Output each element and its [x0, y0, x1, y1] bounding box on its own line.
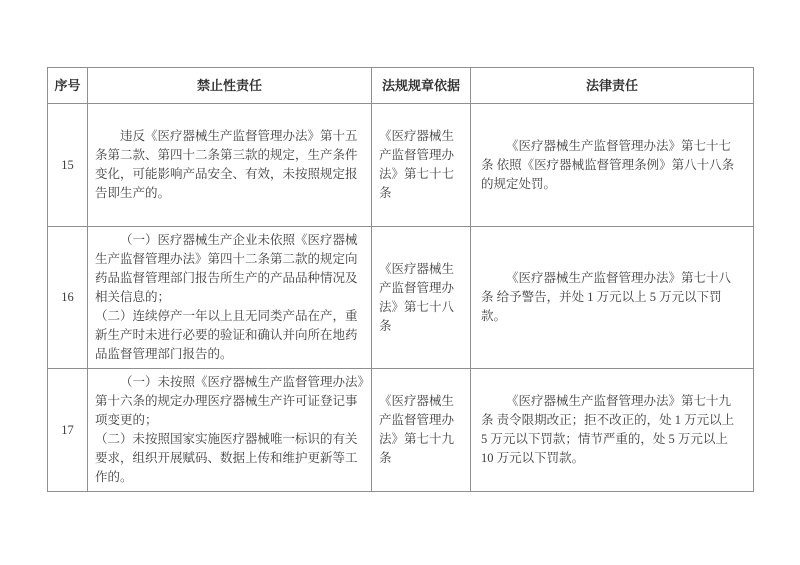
table-header-row: 序号 禁止性责任 法规规章依据 法律责任 — [48, 68, 754, 104]
table-row-17: 17 （一）未按照《医疗器械生产监督管理办法》第十六条的规定办理医疗器械生产许可… — [48, 369, 754, 492]
prohibition-paragraph-2: （二）连续停产一年以上且无同类产品在产，重新生产时未进行必要的验证和确认并向所在… — [95, 307, 364, 364]
liability-cell: 《医疗器械生产监督管理办法》第七十八条 给予警告，并处 1 万元以上 5 万元以… — [471, 227, 754, 369]
liability-paragraph: 《医疗器械生产监督管理办法》第七十七条 依照《医疗器械监督管理条例》第八十八条的… — [481, 137, 743, 194]
basis-cell: 《医疗器械生产监督管理办法》第七十八条 — [372, 227, 471, 369]
table-row-15: 15 违反《医疗器械生产监督管理办法》第十五条第二款、第四十二条第三款的规定，生… — [48, 104, 754, 227]
header-regulatory-basis: 法规规章依据 — [372, 68, 471, 104]
serial-cell: 15 — [48, 104, 88, 227]
liability-cell: 《医疗器械生产监督管理办法》第七十七条 依照《医疗器械监督管理条例》第八十八条的… — [471, 104, 754, 227]
prohibition-paragraph-2: （二）未按照国家实施医疗器械唯一标识的有关要求，组织开展赋码、数据上传和维护更新… — [95, 430, 364, 487]
basis-cell: 《医疗器械生产监督管理办法》第七十七条 — [372, 104, 471, 227]
serial-cell: 16 — [48, 227, 88, 369]
basis-text: 《医疗器械生产监督管理办法》第七十八条 — [379, 260, 463, 336]
liability-paragraph: 《医疗器械生产监督管理办法》第七十八条 给予警告，并处 1 万元以上 5 万元以… — [481, 269, 743, 326]
header-legal-liability: 法律责任 — [471, 68, 754, 104]
document-page: 序号 禁止性责任 法规规章依据 法律责任 15 违反《医疗器械生产监督管理办法》… — [0, 0, 800, 565]
serial-cell: 17 — [48, 369, 88, 492]
prohibition-paragraph-1: （一）未按照《医疗器械生产监督管理办法》第十六条的规定办理医疗器械生产许可证登记… — [95, 373, 364, 430]
liability-paragraph: 《医疗器械生产监督管理办法》第七十九条 责令限期改正；拒不改正的，处 1 万元以… — [481, 392, 743, 468]
prohibition-paragraph-1: （一）医疗器械生产企业未依照《医疗器械生产监督管理办法》第四十二条第二款的规定向… — [95, 231, 364, 307]
prohibition-cell: （一）医疗器械生产企业未依照《医疗器械生产监督管理办法》第四十二条第二款的规定向… — [88, 227, 372, 369]
liability-cell: 《医疗器械生产监督管理办法》第七十九条 责令限期改正；拒不改正的，处 1 万元以… — [471, 369, 754, 492]
table-row-16: 16 （一）医疗器械生产企业未依照《医疗器械生产监督管理办法》第四十二条第二款的… — [48, 227, 754, 369]
header-serial-number: 序号 — [48, 68, 88, 104]
basis-text: 《医疗器械生产监督管理办法》第七十七条 — [379, 127, 463, 203]
basis-text: 《医疗器械生产监督管理办法》第七十九条 — [379, 392, 463, 468]
prohibition-paragraph: 违反《医疗器械生产监督管理办法》第十五条第二款、第四十二条第三款的规定，生产条件… — [95, 127, 364, 203]
prohibition-cell: （一）未按照《医疗器械生产监督管理办法》第十六条的规定办理医疗器械生产许可证登记… — [88, 369, 372, 492]
header-prohibited-liability: 禁止性责任 — [88, 68, 372, 104]
basis-cell: 《医疗器械生产监督管理办法》第七十九条 — [372, 369, 471, 492]
prohibition-cell: 违反《医疗器械生产监督管理办法》第十五条第二款、第四十二条第三款的规定，生产条件… — [88, 104, 372, 227]
regulation-table: 序号 禁止性责任 法规规章依据 法律责任 15 违反《医疗器械生产监督管理办法》… — [47, 67, 754, 492]
